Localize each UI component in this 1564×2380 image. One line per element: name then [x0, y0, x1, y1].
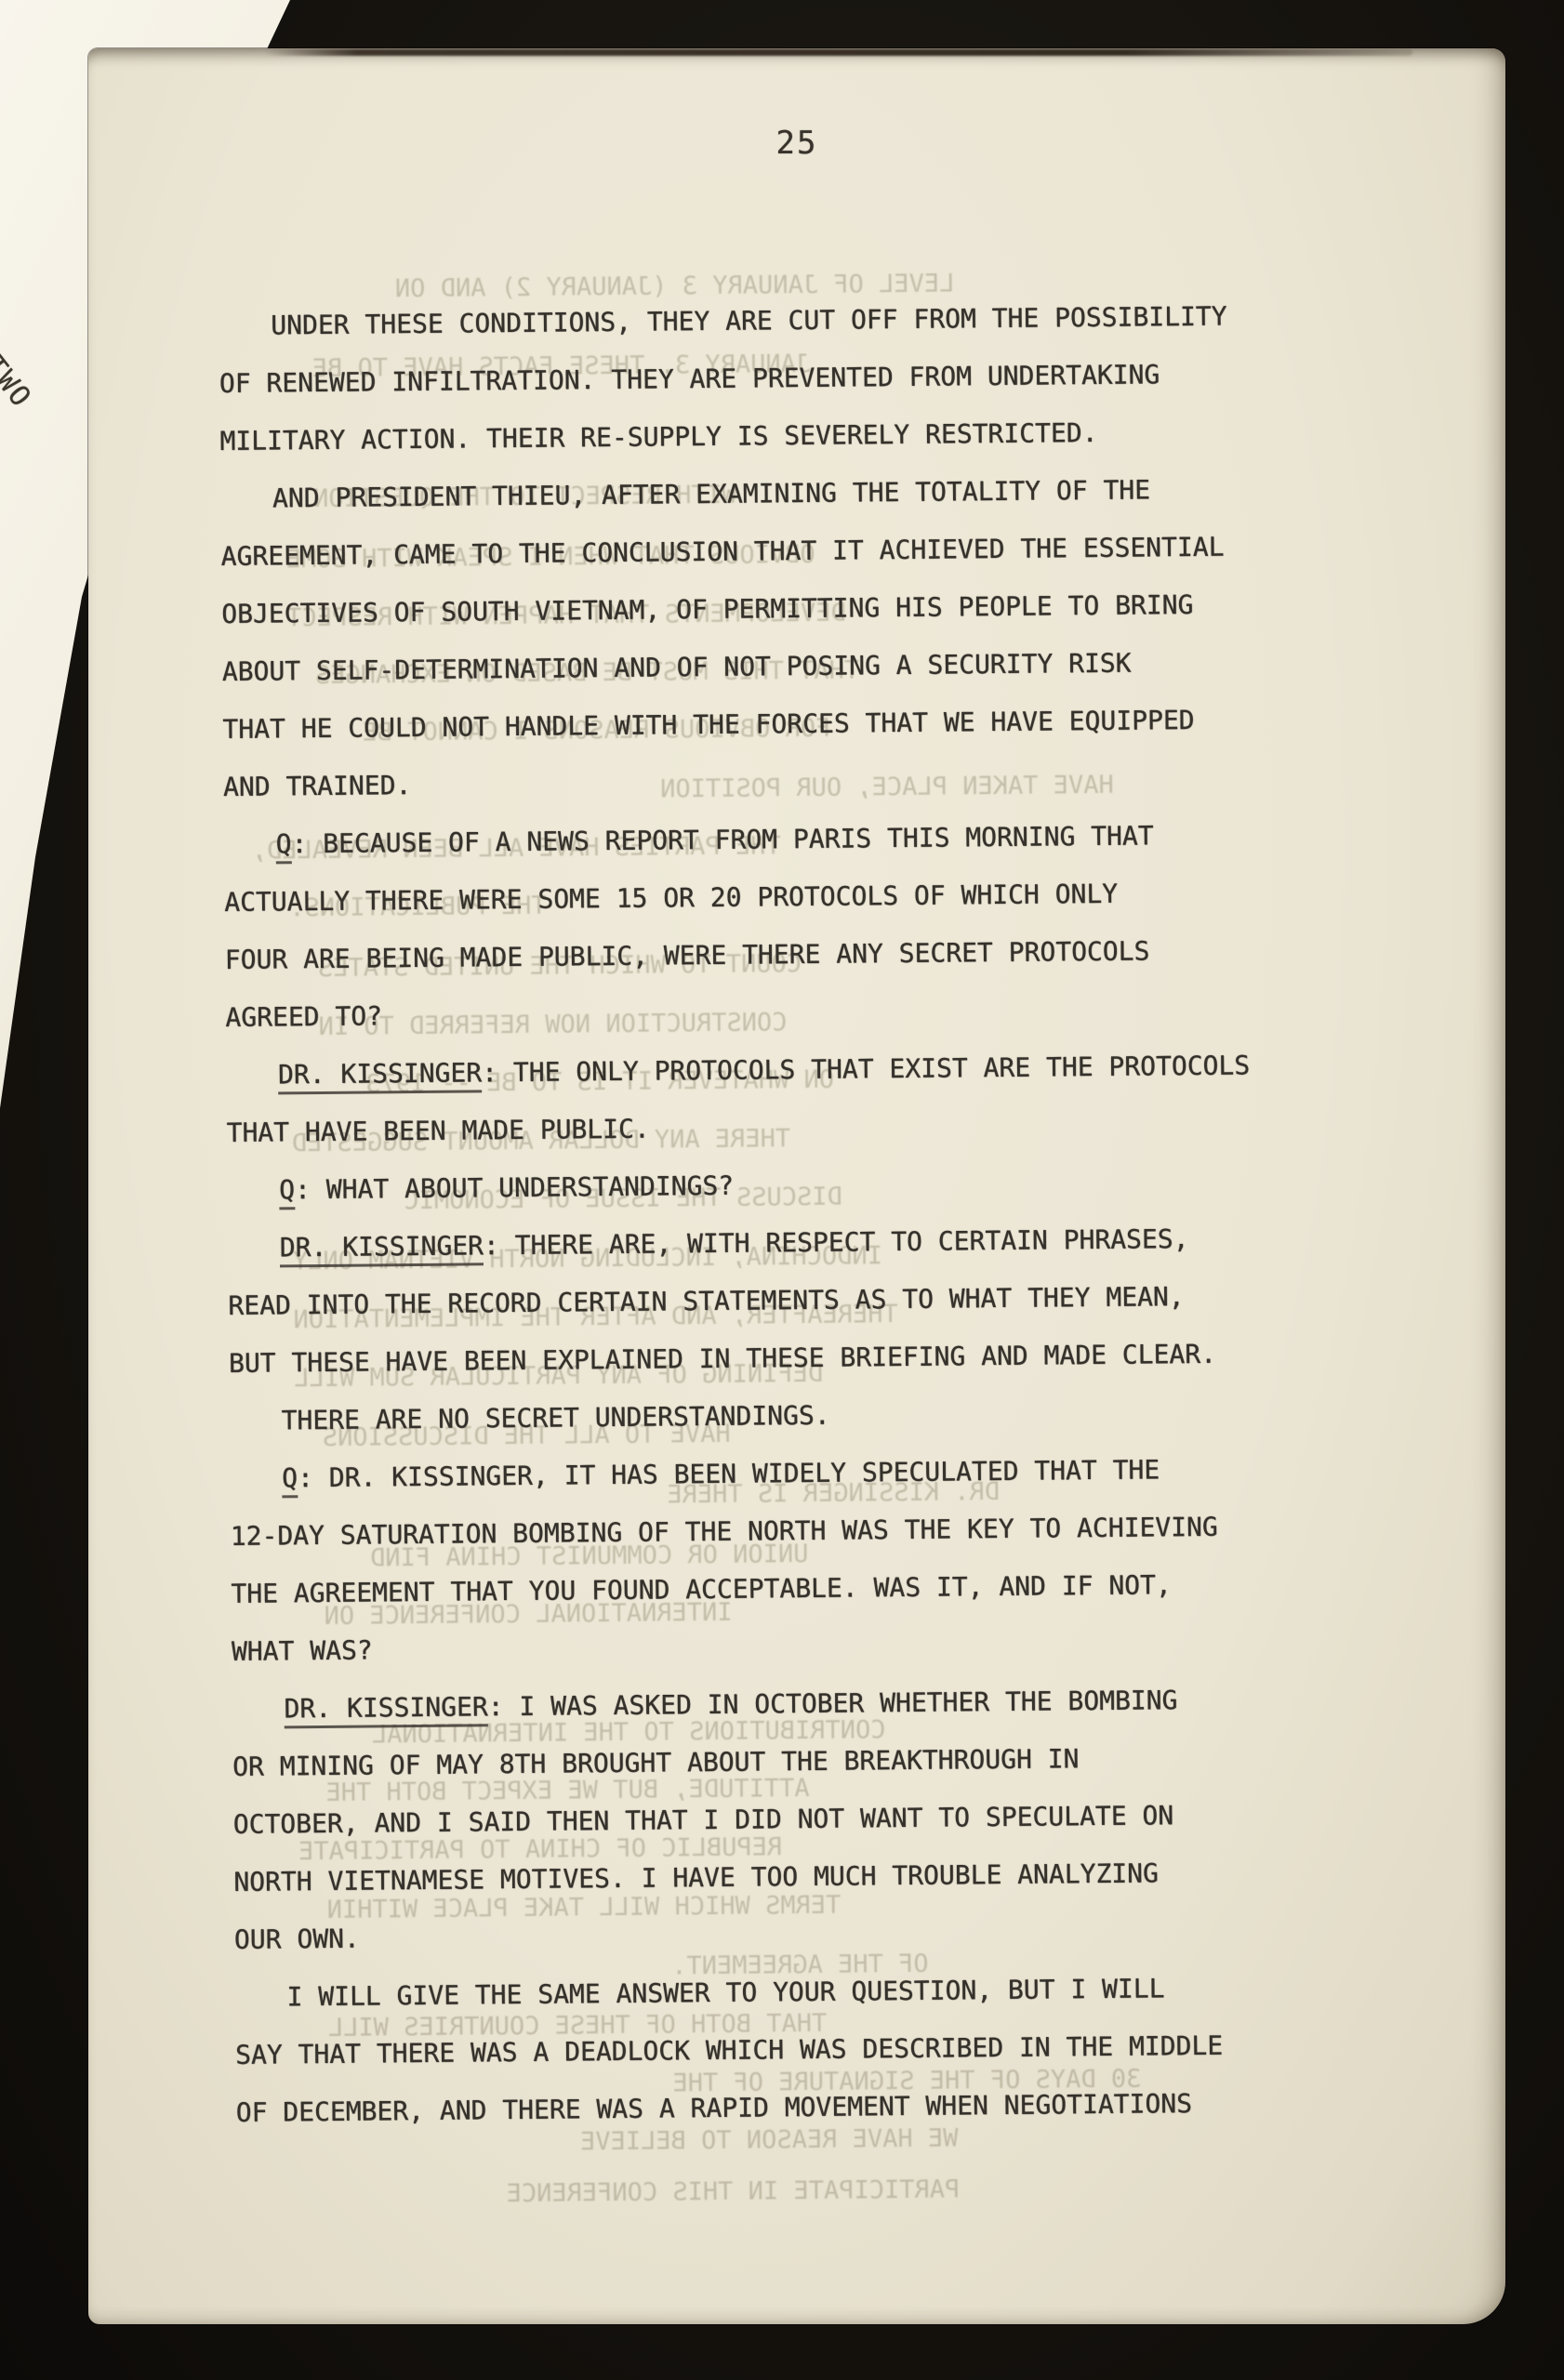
- text-segment: AND TRAINED.: [223, 770, 412, 802]
- text-segment: OBJECTIVES OF SOUTH VIETNAM, OF PERMITTI…: [221, 589, 1193, 629]
- text-segment: I WILL GIVE THE SAME ANSWER TO YOUR QUES…: [286, 1973, 1164, 2012]
- underlined-text: Q: [275, 828, 291, 864]
- text-segment: : THERE ARE, WITH RESPECT TO CERTAIN PHR…: [484, 1223, 1189, 1261]
- underlined-text: DR. KISSINGER: [284, 1691, 488, 1728]
- text-segment: BUT THESE HAVE BEEN EXPLAINED IN THESE B…: [229, 1339, 1216, 1379]
- text-segment: OF RENEWED INFILTRATION. THEY ARE PREVEN…: [219, 359, 1160, 399]
- text-segment: : WHAT ABOUT UNDERSTANDINGS?: [295, 1170, 734, 1206]
- bleedthrough-line: PARTICIPATE IN THIS CONFERENCE: [506, 2175, 960, 2208]
- text-segment: ACTUALLY THERE WERE SOME 15 OR 20 PROTOC…: [224, 879, 1118, 918]
- text-segment: READ INTO THE RECORD CERTAIN STATEMENTS …: [228, 1281, 1185, 1321]
- page-number: 25: [88, 125, 1505, 162]
- text-segment: OCTOBER, AND I SAID THEN THAT I DID NOT …: [233, 1800, 1174, 1840]
- text-segment: THE AGREEMENT THAT YOU FOUND ACCEPTABLE.…: [231, 1569, 1172, 1609]
- text-segment: AGREED TO?: [225, 1000, 382, 1033]
- page-stack-edge: [265, 49, 1412, 56]
- text-segment: : BECAUSE OF A NEWS REPORT FROM PARIS TH…: [291, 820, 1153, 859]
- document-page: LEVEL OF JANUARY 3 (JANUARY 2) AND ONJAN…: [88, 48, 1505, 2324]
- text-segment: 12-DAY SATURATION BOMBING OF THE NORTH W…: [231, 1512, 1218, 1552]
- text-segment: WHAT WAS?: [232, 1634, 373, 1666]
- document-text: UNDER THESE CONDITIONS, THEY ARE CUT OFF…: [219, 285, 1467, 2142]
- previous-page-bleedthrough-text: OF COURSE WILL NOT: [0, 36, 6, 245]
- text-segment: : THE ONLY PROTOCOLS THAT EXIST ARE THE …: [482, 1050, 1250, 1088]
- text-segment: OF DECEMBER, AND THERE WAS A RAPID MOVEM…: [236, 2088, 1193, 2128]
- previous-page-text-fragment: ARE TWO IWE: [0, 277, 56, 479]
- text-segment: OR MINING OF MAY 8TH BROUGHT ABOUT THE B…: [232, 1743, 1080, 1782]
- text-segment: ABOUT SELF-DETERMINATION AND OF NOT POSI…: [222, 648, 1132, 687]
- text-segment: UNDER THESE CONDITIONS, THEY ARE CUT OFF…: [271, 301, 1227, 341]
- text-segment: : I WAS ASKED IN OCTOBER WHETHER THE BOM…: [488, 1685, 1178, 1722]
- text-segment: : DR. KISSINGER, IT HAS BEEN WIDELY SPEC…: [298, 1454, 1160, 1493]
- text-segment: SAY THAT THERE WAS A DEADLOCK WHICH WAS …: [235, 2030, 1223, 2070]
- text-segment: AGREEMENT, CAME TO THE CONCLUSION THAT I…: [221, 532, 1225, 572]
- text-segment: MILITARY ACTION. THEIR RE-SUPPLY IS SEVE…: [219, 417, 1097, 456]
- text-segment: AND PRESIDENT THIEU, AFTER EXAMINING THE…: [272, 474, 1150, 513]
- underlined-text: DR. KISSINGER: [280, 1230, 484, 1267]
- underlined-text: Q: [279, 1174, 295, 1210]
- underlined-text: Q: [282, 1462, 298, 1498]
- text-segment: THERE ARE NO SECRET UNDERSTANDINGS.: [281, 1400, 829, 1436]
- text-line: OF DECEMBER, AND THERE WAS A RAPID MOVEM…: [235, 2072, 1467, 2142]
- underlined-text: DR. KISSINGER: [278, 1057, 483, 1094]
- text-segment: THAT HE COULD NOT HANDLE WITH THE FORCES…: [222, 705, 1194, 745]
- text-segment: NORTH VIETNAMESE MOTIVES. I HAVE TOO MUC…: [233, 1858, 1159, 1897]
- text-segment: THAT HAVE BEEN MADE PUBLIC.: [226, 1114, 649, 1148]
- text-segment: OUR OWN.: [234, 1924, 360, 1955]
- text-segment: FOUR ARE BEING MADE PUBLIC, WERE THERE A…: [225, 935, 1150, 975]
